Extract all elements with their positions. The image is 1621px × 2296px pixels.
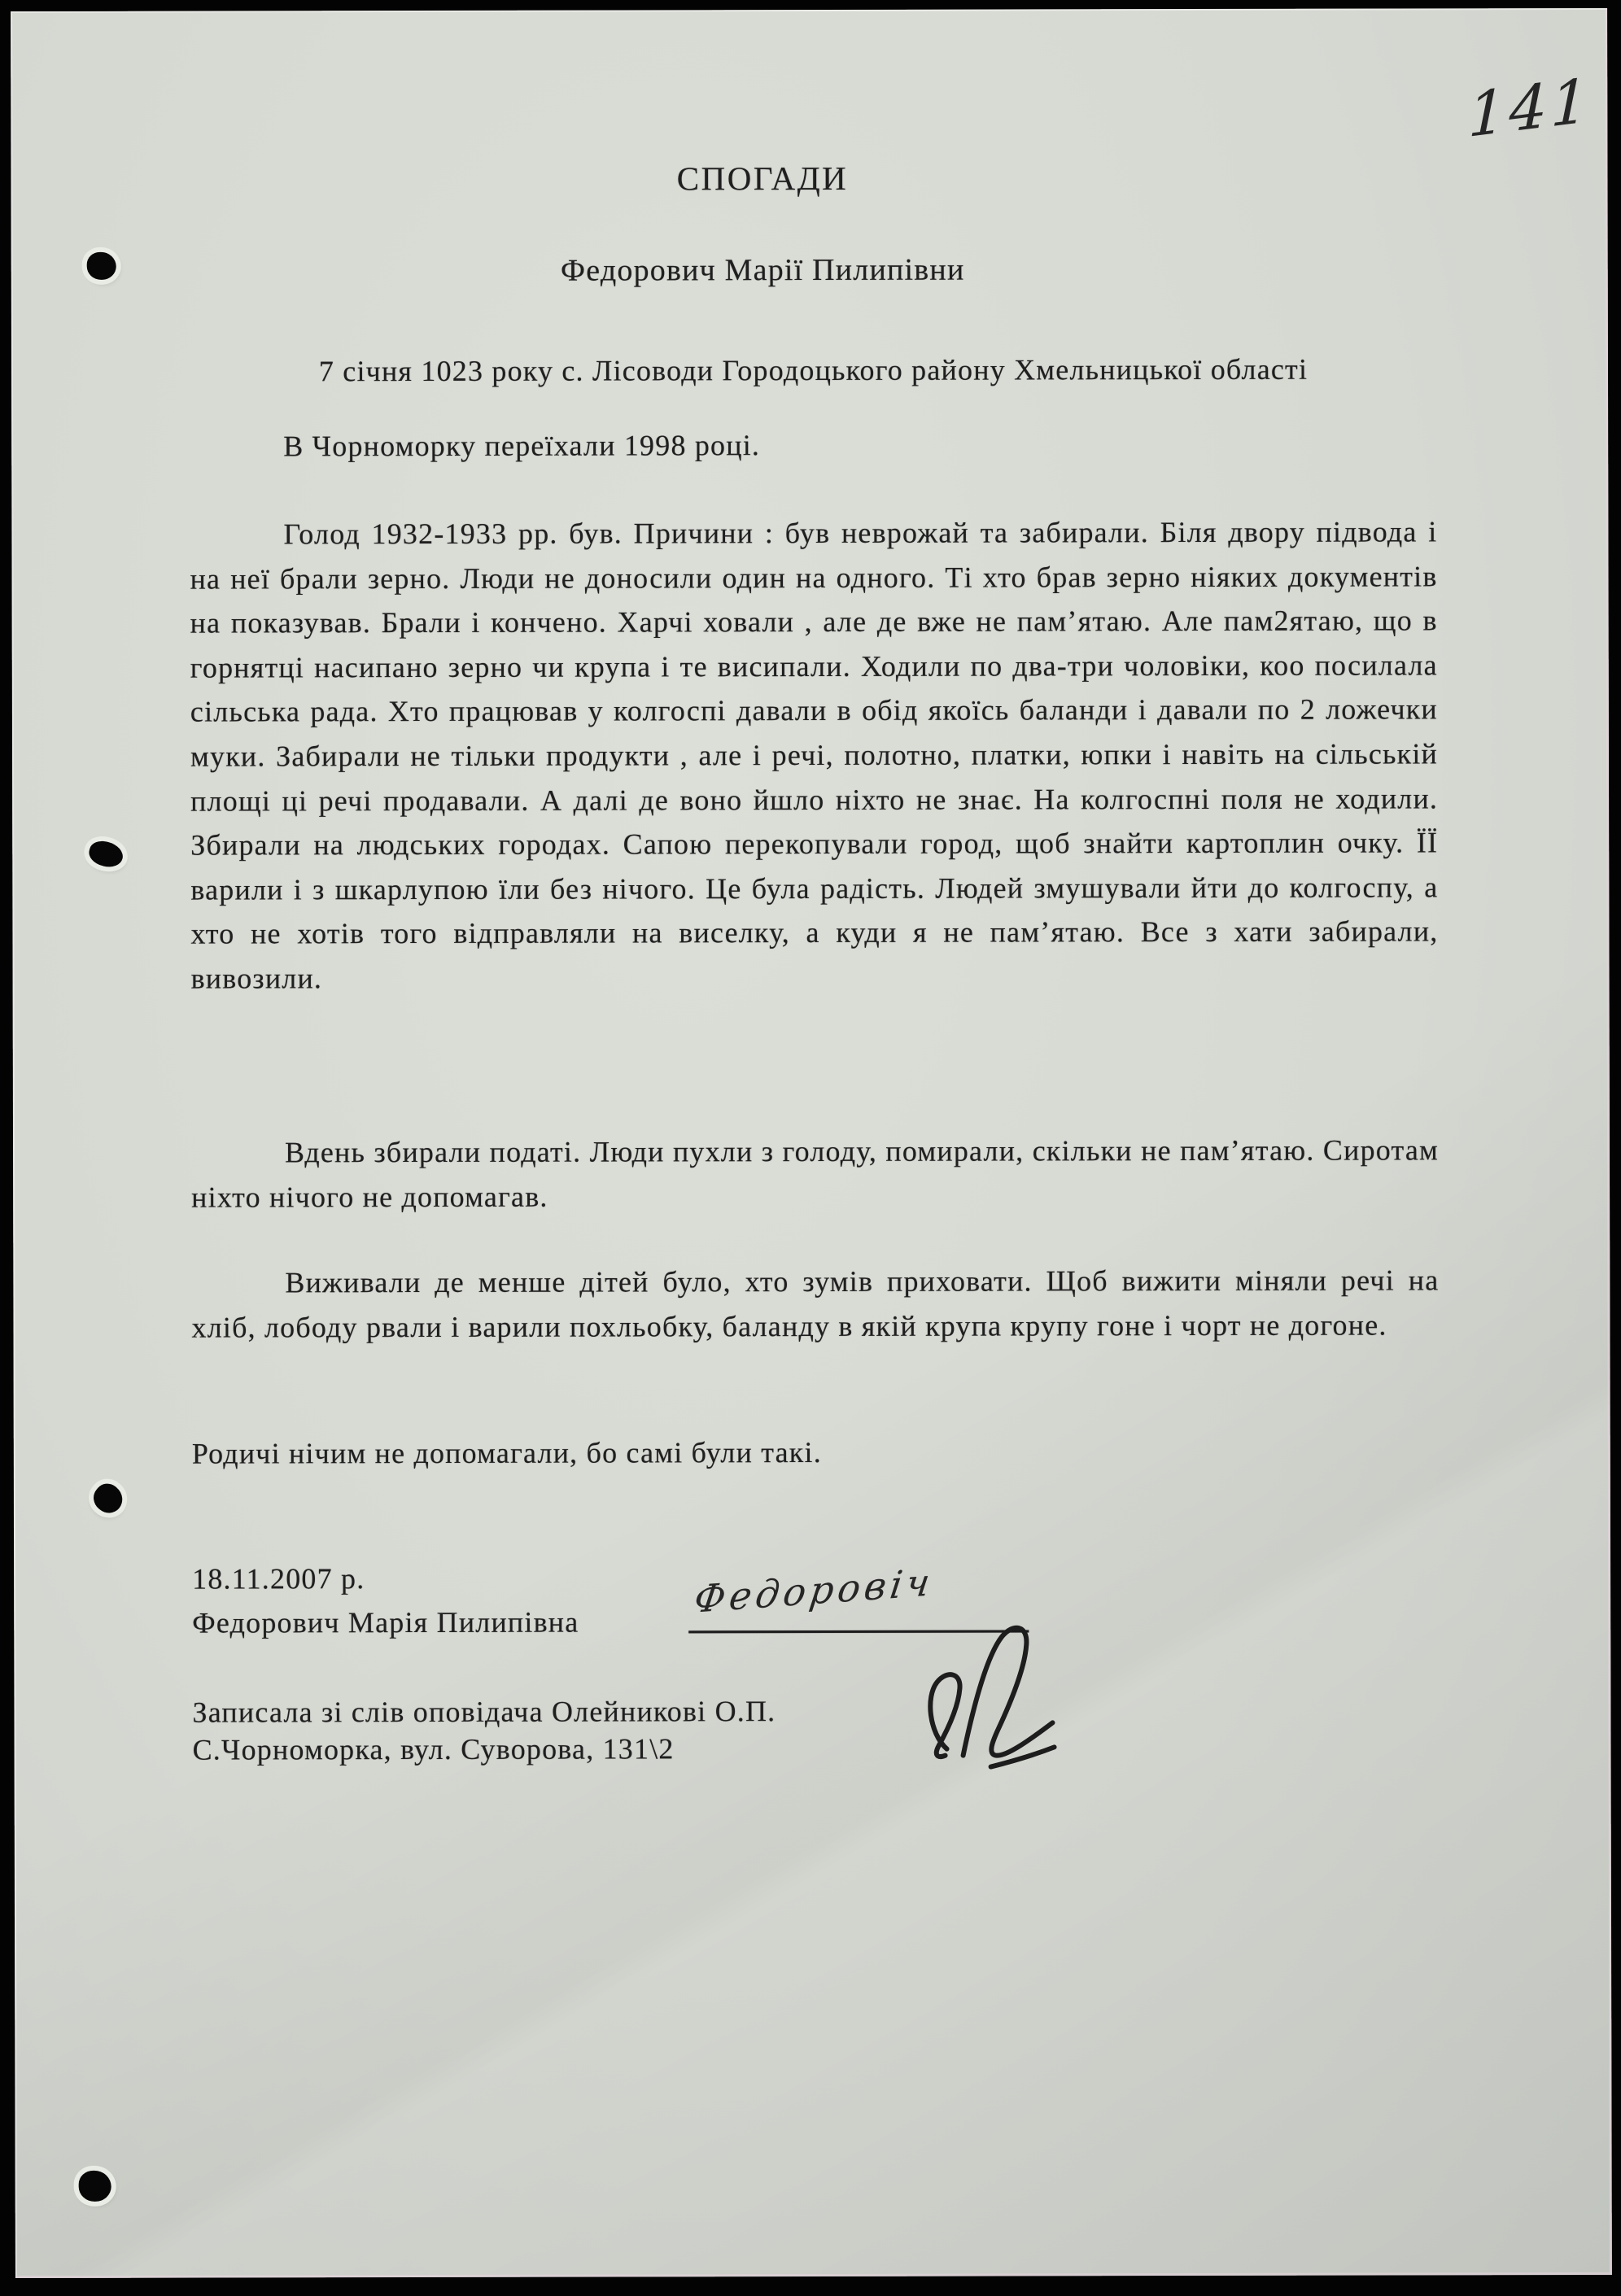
scan-background: { "colors": { "background": "#030303", "… [0, 0, 1621, 2296]
memoir-paragraph-1: Голод 1932-1933 рр. був. Причини : був н… [190, 509, 1438, 1001]
punch-hole-1 [87, 252, 116, 280]
document-page: 141 СПОГАДИ Федорович Марії Пилипівни 7 … [11, 8, 1612, 2278]
handwritten-page-number: 141 [1467, 65, 1592, 151]
document-title: СПОГАДИ [138, 155, 1386, 203]
punch-hole-2 [86, 838, 125, 870]
memoir-paragraph-3: Виживали де менше дітей було, хто зумів … [191, 1258, 1439, 1349]
relatives-note-line: Родичі нічим не допомагали, бо самі були… [192, 1429, 1440, 1476]
document-subtitle: Федорович Марії Пилипівни [139, 247, 1387, 295]
address-line: С.Чорноморка, вул. Суворова, 131\2 [193, 1725, 1440, 1772]
moved-line: В Чорноморку переїхали 1998 році. [190, 421, 1437, 469]
birth-place-line: 7 січня 1023 року с. Лісоводи Городоцько… [190, 347, 1437, 394]
punch-hole-3 [88, 1478, 128, 1518]
punch-hole-4 [79, 2171, 111, 2202]
memoir-paragraph-2: Вдень збирали податі. Люди пухли з голод… [191, 1128, 1439, 1219]
